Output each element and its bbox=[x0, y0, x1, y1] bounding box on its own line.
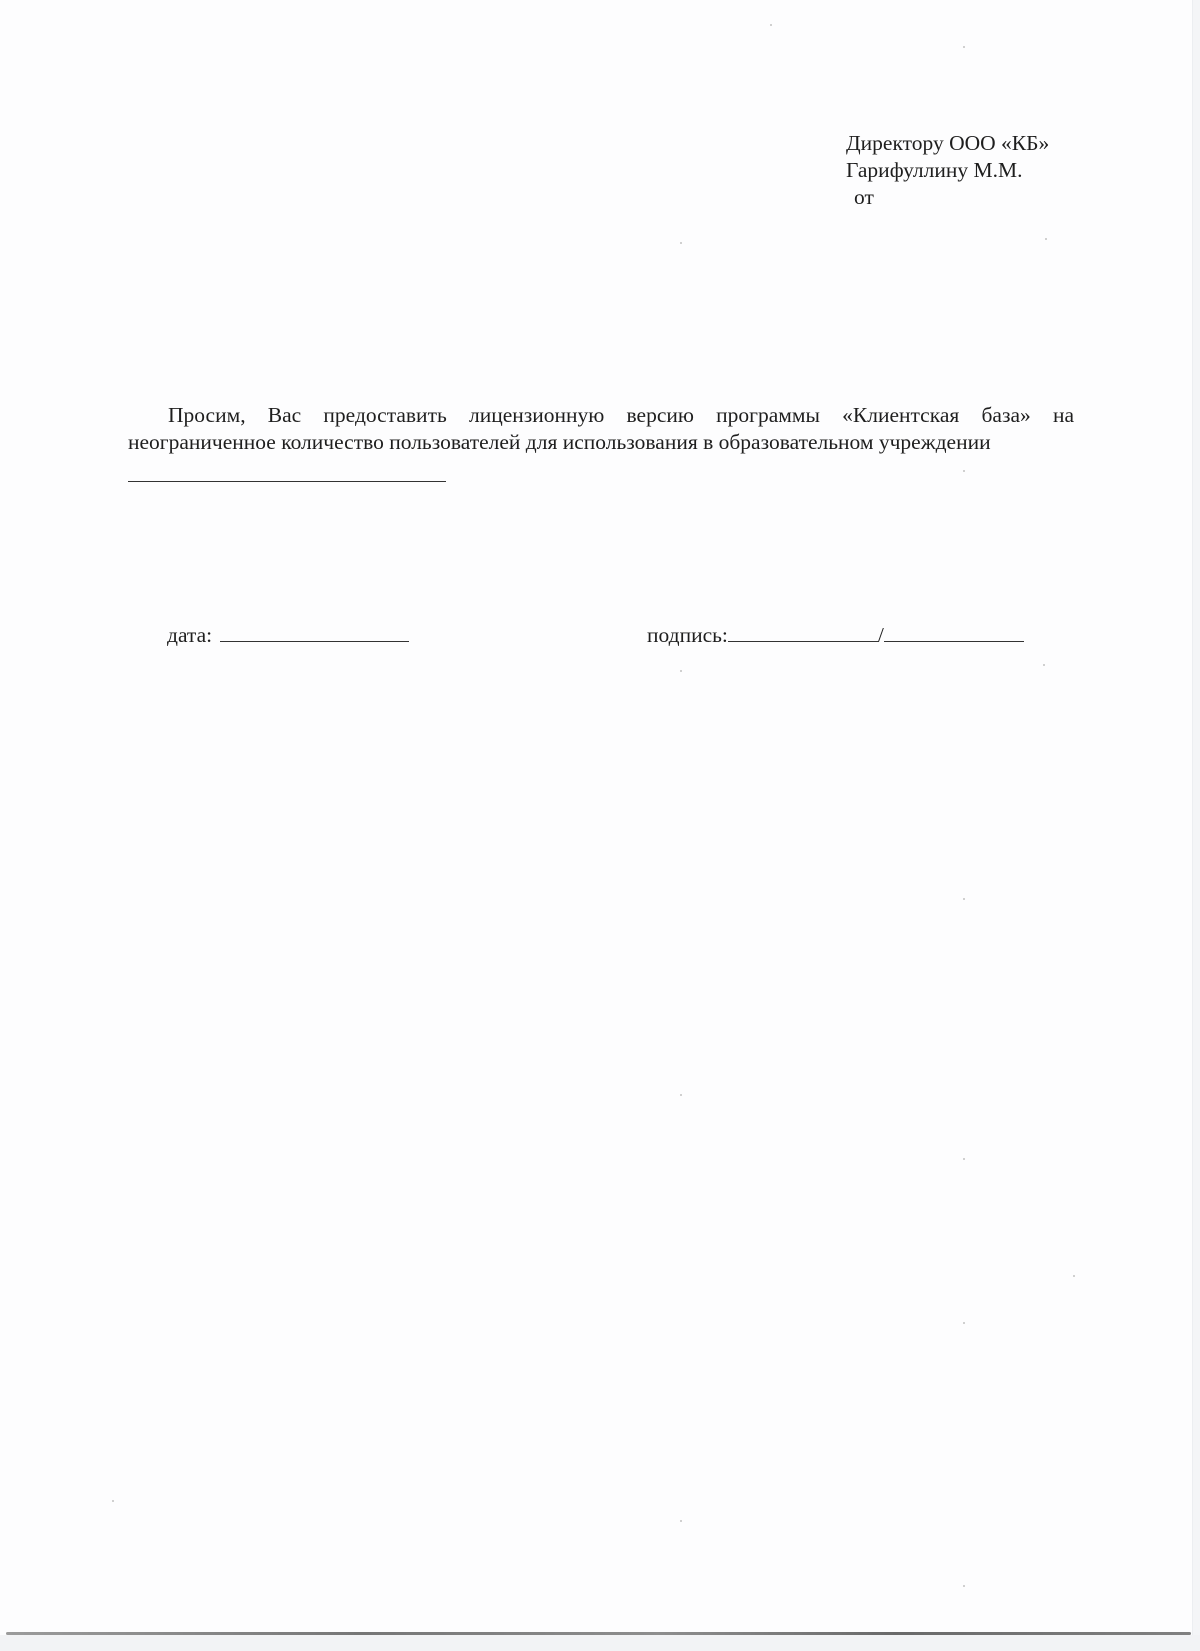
scan-speck bbox=[680, 1094, 682, 1096]
addressee-title: Директору ООО «КБ» bbox=[846, 130, 1049, 157]
scan-speck bbox=[963, 1322, 965, 1324]
scan-speck bbox=[770, 24, 772, 26]
signature-label: подпись: bbox=[647, 622, 728, 649]
signature-name-blank-line bbox=[884, 623, 1024, 642]
scan-speck bbox=[963, 1585, 965, 1587]
request-paragraph: Просим, Вас предоставить лицензионную ве… bbox=[128, 402, 1074, 456]
scan-speck bbox=[680, 1520, 682, 1522]
scan-speck bbox=[963, 1158, 965, 1160]
scan-right-edge bbox=[1192, 0, 1200, 1635]
scan-speck bbox=[680, 242, 682, 244]
date-label: дата: bbox=[167, 622, 212, 649]
addressee-name: Гарифуллину М.М. bbox=[846, 157, 1049, 184]
scan-speck bbox=[1073, 1275, 1075, 1277]
date-field: дата: bbox=[167, 622, 409, 649]
scan-speck bbox=[1045, 238, 1047, 240]
scan-bottom-margin bbox=[0, 1635, 1200, 1651]
scan-bottom-edge bbox=[6, 1632, 1191, 1635]
addressee-block: Директору ООО «КБ» Гарифуллину М.М. от bbox=[846, 130, 1049, 211]
scan-speck bbox=[963, 46, 965, 48]
addressee-from: от bbox=[846, 184, 1049, 211]
scan-speck bbox=[680, 670, 682, 672]
scan-speck bbox=[963, 898, 965, 900]
scanned-document-page: Директору ООО «КБ» Гарифуллину М.М. от П… bbox=[0, 0, 1200, 1651]
institution-blank-line bbox=[128, 481, 446, 482]
signature-field: подпись: / bbox=[647, 622, 1024, 649]
date-blank-line bbox=[220, 623, 409, 642]
signature-blank-line bbox=[728, 623, 878, 642]
scan-speck bbox=[963, 470, 965, 472]
scan-speck bbox=[1043, 664, 1045, 666]
scan-speck bbox=[112, 1500, 114, 1502]
